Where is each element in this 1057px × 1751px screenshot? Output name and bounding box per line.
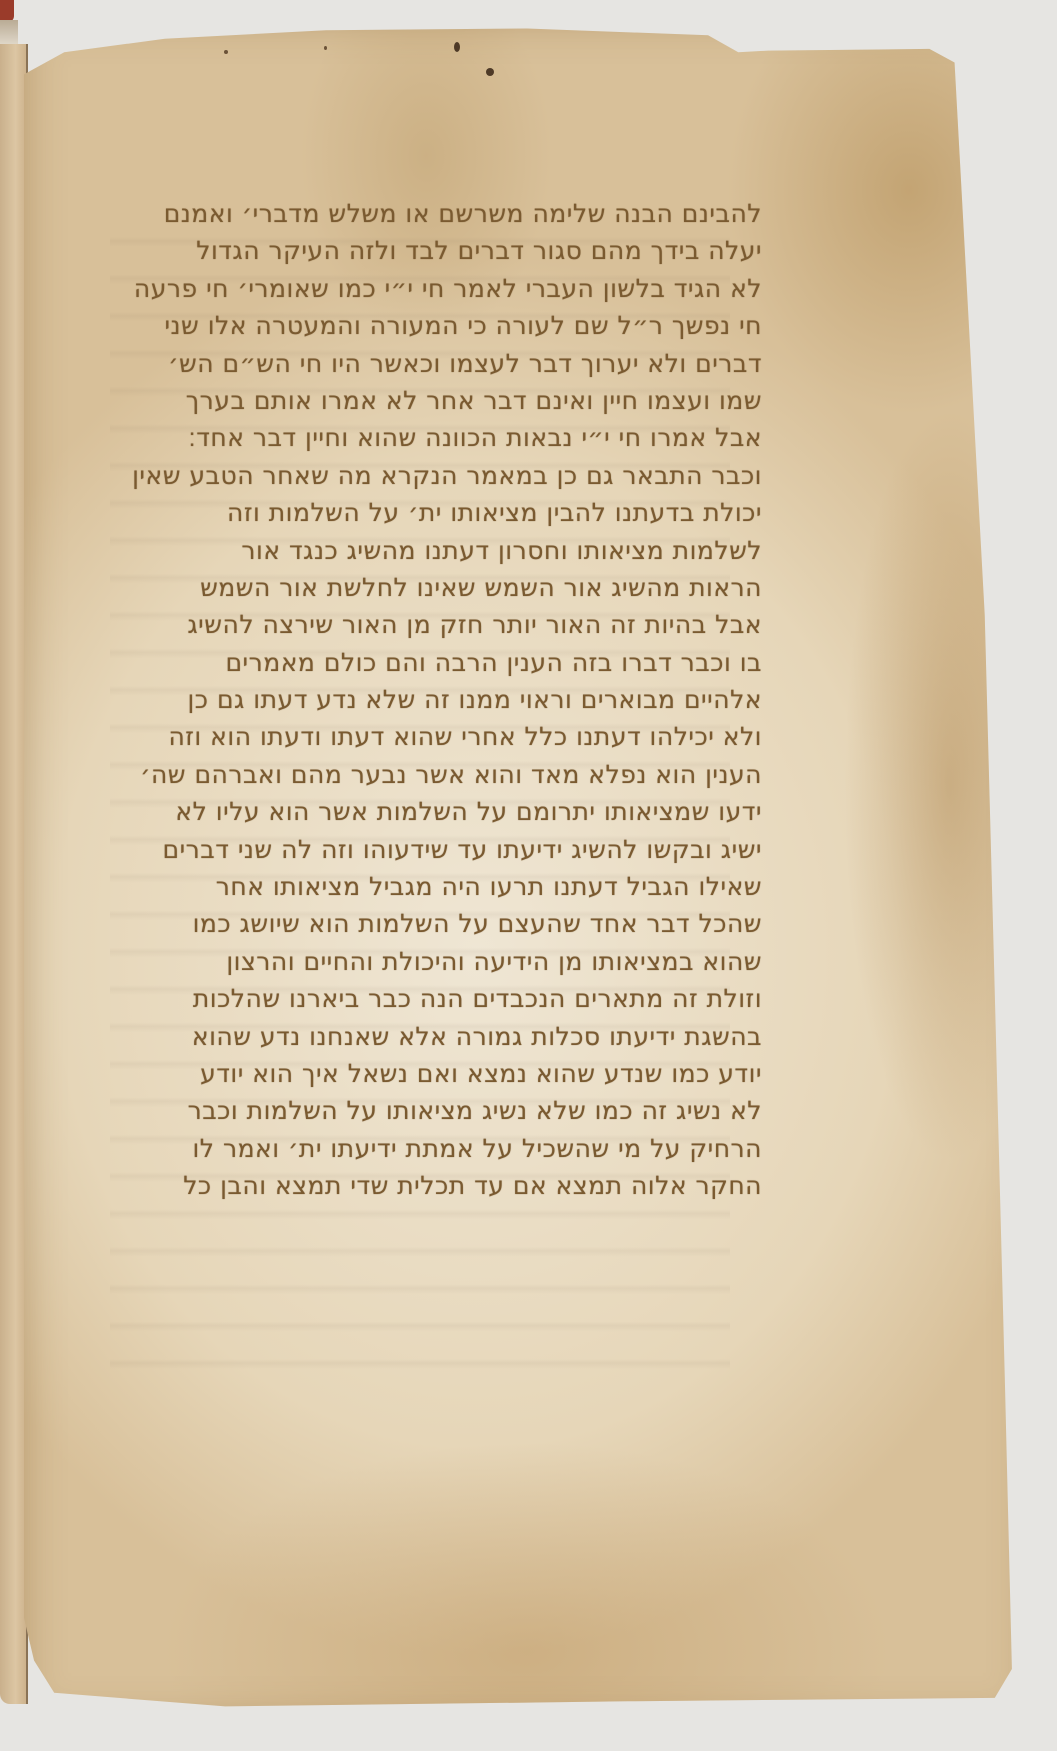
ink-stain — [324, 46, 327, 50]
text-line: הענין הוא נפלא מאד והוא אשר נבער מהם ואב… — [72, 756, 762, 793]
text-line: יעלה בידך מהם סגור דברים לבד ולזה העיקר … — [72, 232, 762, 269]
text-line: בהשגת ידיעתו סכלות גמורה אלא שאנחנו נדע … — [72, 1018, 762, 1055]
text-line: שאילו הגביל דעתנו תרעו היה מגביל מציאותו… — [72, 868, 762, 905]
text-line: שהוא במציאותו מן הידיעה והיכולת והחיים ו… — [72, 943, 762, 980]
text-line: בו וכבר דברו בזה הענין הרבה והם כולם מאמ… — [72, 644, 762, 681]
ink-stain — [454, 42, 460, 52]
text-line: הרחיק על מי שהשכיל על אמתת ידיעתו ית׳ וא… — [72, 1130, 762, 1167]
text-line: ידעו שמציאותו יתרומם על השלמות אשר הוא ע… — [72, 793, 762, 830]
text-line: חי נפשך ר״ל שם לעורה כי המעורה והמעטרה א… — [72, 307, 762, 344]
text-line: לשלמות מציאותו וחסרון דעתנו מהשיג כנגד א… — [72, 532, 762, 569]
text-line: וכבר התבאר גם כן במאמר הנקרא מה שאחר הטב… — [72, 457, 762, 494]
text-line: אבל בהיות זה האור יותר חזק מן האור שירצה… — [72, 606, 762, 643]
text-line: שמו ועצמו חיין ואינם דבר אחר לא אמרו אות… — [72, 382, 762, 419]
text-line: יודע כמו שנדע שהוא נמצא ואם נשאל איך הוא… — [72, 1055, 762, 1092]
text-line: ולא יכילהו דעתנו כלל אחרי שהוא דעתו ודעת… — [72, 718, 762, 755]
text-block: להבינם הבנה שלימה משרשם או משלש מדברי׳ ו… — [72, 195, 762, 1205]
text-line: יכולת בדעתנו להבין מציאותו ית׳ על השלמות… — [72, 494, 762, 531]
text-line: החקר אלוה תמצא אם עד תכלית שדי תמצא והבן… — [72, 1167, 762, 1204]
text-line: וזולת זה מתארים הנכבדים הנה כבר ביארנו ש… — [72, 980, 762, 1017]
text-line: אבל אמרו חי י״י נבאות הכוונה שהוא וחיין … — [72, 419, 762, 456]
text-line: לא הגיד בלשון העברי לאמר חי י״י כמו שאומ… — [72, 270, 762, 307]
binding-edge-red — [0, 0, 14, 22]
text-line: שהכל דבר אחד שהעצם על השלמות הוא שיושג כ… — [72, 905, 762, 942]
text-line: ישיג ובקשו להשיג ידיעתו עד שידעוהו וזה ל… — [72, 831, 762, 868]
text-line: להבינם הבנה שלימה משרשם או משלש מדברי׳ ו… — [72, 195, 762, 232]
previous-leaf-edge — [0, 44, 28, 1704]
ink-stain — [224, 50, 228, 54]
ink-stain — [486, 68, 494, 76]
text-line: דברים ולא יערוך דבר לעצמו וכאשר היו חי ה… — [72, 345, 762, 382]
text-line: אלהיים מבוארים וראוי ממנו זה שלא נדע דעת… — [72, 681, 762, 718]
text-line: לא נשיג זה כמו שלא נשיג מציאותו על השלמו… — [72, 1092, 762, 1129]
text-line: הראות מהשיג אור השמש שאינו לחלשת אור השמ… — [72, 569, 762, 606]
